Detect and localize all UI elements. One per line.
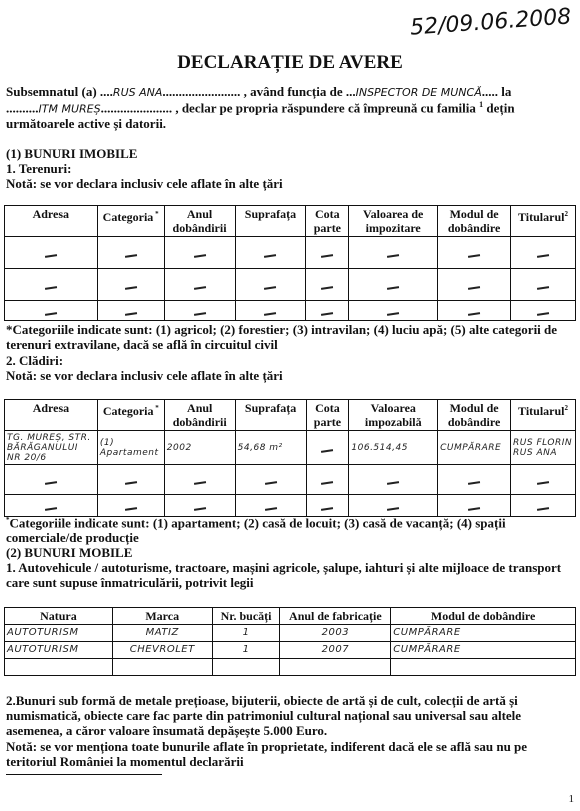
table-cell (280, 659, 391, 676)
label-subsemnatul: Subsemnatul (a) (6, 84, 97, 99)
intro-line-1: Subsemnatul (a) ....RUS ANA.............… (6, 84, 511, 100)
dash-mark (537, 286, 549, 289)
section1-heading: (1) BUNURI IMOBILE (6, 146, 137, 162)
dash-mark (265, 481, 277, 484)
dash-mark (387, 507, 399, 510)
table-row: AUTOTURISMMATIZ12003CUMPĂRARE (5, 625, 576, 642)
table-cell: CUMPĂRARE (391, 642, 576, 659)
footnote-separator (6, 774, 162, 775)
dash-mark (193, 312, 205, 315)
intro-line-3: următoarele active și datorii. (6, 116, 166, 132)
dash-mark (387, 481, 399, 484)
column-header: Anul dobândirii (164, 400, 235, 431)
column-header: Natura (5, 608, 113, 625)
table-cell (5, 269, 98, 301)
cladiri-table: AdresaCategoria *Anul dobândiriiSuprafaț… (4, 399, 576, 517)
dash-mark (264, 312, 276, 315)
dash-mark (265, 507, 277, 510)
table-cell (5, 301, 98, 321)
table-cell (97, 269, 164, 301)
table-cell (164, 269, 235, 301)
label-functia: , având funcția de (244, 84, 343, 99)
table-cell: TG. MUREȘ, STR. BĂRĂGANULUI NR 20/6 (5, 431, 98, 465)
dash-mark (537, 254, 549, 257)
table-cell: CUMPĂRARE (438, 431, 511, 465)
column-header: Suprafața (235, 400, 306, 431)
table-row: AUTOTURISMCHEVROLET12007CUMPĂRARE (5, 642, 576, 659)
table-row (5, 659, 576, 676)
table-cell (235, 301, 306, 321)
table-cell: 1 (212, 642, 280, 659)
table-cell (235, 269, 306, 301)
dash-mark (537, 481, 549, 484)
table-cell: 2007 (280, 642, 391, 659)
dash-mark (193, 254, 205, 257)
table-cell (97, 465, 164, 495)
column-header: Suprafața (235, 206, 306, 237)
document-title: DECLARAȚIE DE AVERE (0, 52, 580, 74)
dash-mark (45, 254, 57, 257)
dash-mark (45, 312, 57, 315)
dash-mark (387, 254, 399, 257)
table-cell: 2003 (280, 625, 391, 642)
registration-number-stamp: 52/09.06.2008 (409, 4, 572, 40)
table-cell (511, 465, 576, 495)
table-cell (112, 659, 212, 676)
column-header: Valoarea impozabilă (349, 400, 438, 431)
table-cell: (1) Apartament (97, 431, 164, 465)
table-cell (306, 431, 349, 465)
column-header: Valoarea de impozitare (349, 206, 438, 237)
dash-mark (468, 254, 480, 257)
dash-mark (321, 286, 333, 289)
table-row (5, 237, 576, 269)
dash-mark (45, 507, 57, 510)
dash-mark (321, 481, 333, 484)
terenuri-table: AdresaCategoria *Anul dobândiriiSuprafaț… (4, 205, 576, 321)
valuables-subheading: 2.Bunuri sub formă de metale prețioase, … (6, 693, 574, 738)
table-cell: 1 (212, 625, 280, 642)
column-header: Cota parte (306, 400, 349, 431)
dash-mark (193, 286, 205, 289)
table-cell (97, 301, 164, 321)
table-cell (5, 237, 98, 269)
table-cell: CUMPĂRARE (391, 625, 576, 642)
table-cell (349, 301, 438, 321)
column-header: Cota parte (306, 206, 349, 237)
table-cell (349, 269, 438, 301)
table-cell (306, 237, 349, 269)
table-cell: AUTOTURISM (5, 642, 113, 659)
table-cell (97, 237, 164, 269)
table-cell: CHEVROLET (112, 642, 212, 659)
intro-line-2: ..........ITM MUREȘ.....................… (6, 100, 515, 116)
column-header: Titularul2 (511, 400, 576, 431)
dash-mark (125, 286, 137, 289)
section2-heading: (2) BUNURI MOBILE (6, 545, 132, 561)
dash-mark (45, 286, 57, 289)
column-header: Adresa (5, 206, 98, 237)
dash-mark (321, 507, 333, 510)
categories-text: Categoriile indicate sunt: (1) apartamen… (6, 515, 506, 545)
dash-mark (537, 507, 549, 510)
table-cell (164, 465, 235, 495)
column-header: Anul de fabricație (280, 608, 391, 625)
field-institution: ITM MUREȘ (39, 102, 101, 115)
label-detin: dețin (486, 100, 514, 115)
column-header: Categoria * (97, 206, 164, 237)
dash-mark (468, 286, 480, 289)
table-cell: 2002 (164, 431, 235, 465)
dash-mark (264, 286, 276, 289)
terenuri-categories-note: *Categoriile indicate sunt: (1) agricol;… (6, 322, 574, 352)
dash-mark (387, 312, 399, 315)
table-cell (235, 465, 306, 495)
table-cell (438, 465, 511, 495)
table-cell: 54,68 m² (235, 431, 306, 465)
page-number: 1 (569, 793, 575, 805)
table-cell: 106.514,45 (349, 431, 438, 465)
table-cell (511, 237, 576, 269)
table-row (5, 301, 576, 321)
label-la: la (501, 84, 511, 99)
table-cell (5, 465, 98, 495)
table-cell: RUS FLORIN RUS ANA (511, 431, 576, 465)
table-cell (164, 301, 235, 321)
terenuri-subheading: 1. Terenuri: (6, 161, 72, 177)
vehicles-subheading: 1. Autovehicule / autoturisme, tractoare… (6, 560, 574, 590)
cladiri-categories-note: *Categoriile indicate sunt: (1) apartame… (6, 513, 574, 545)
table-row: TG. MUREȘ, STR. BĂRĂGANULUI NR 20/6(1) A… (5, 431, 576, 465)
dash-mark (125, 254, 137, 257)
table-cell (349, 237, 438, 269)
table-cell (212, 659, 280, 676)
valuables-note: Notă: se vor menționa toate bunurile afl… (6, 739, 574, 769)
table-cell (391, 659, 576, 676)
dash-mark (468, 507, 480, 510)
table-cell: AUTOTURISM (5, 625, 113, 642)
table-cell (5, 659, 113, 676)
column-header: Anul dobândirii (164, 206, 235, 237)
table-cell (349, 465, 438, 495)
footnote-ref: 1 (479, 100, 483, 109)
column-header: Marca (112, 608, 212, 625)
field-function: INSPECTOR DE MUNCĂ (356, 86, 482, 99)
column-header: Titularul2 (511, 206, 576, 237)
dash-mark (194, 507, 206, 510)
dash-mark (125, 507, 137, 510)
dash-mark (125, 481, 137, 484)
table-cell (438, 269, 511, 301)
label-declar: , declar pe propria răspundere că împreu… (175, 100, 476, 115)
table-cell (511, 301, 576, 321)
table-cell (164, 237, 235, 269)
dash-mark (125, 312, 137, 315)
dash-mark (321, 254, 333, 257)
dash-mark (45, 481, 57, 484)
table-cell (438, 301, 511, 321)
table-cell (438, 237, 511, 269)
table-cell (306, 301, 349, 321)
dash-mark (468, 481, 480, 484)
dash-mark (264, 254, 276, 257)
dash-mark (468, 312, 480, 315)
dash-mark (537, 312, 549, 315)
table-cell (511, 269, 576, 301)
table-cell (306, 465, 349, 495)
terenuri-note: Notă: se vor declara inclusiv cele aflat… (6, 176, 283, 192)
column-header: Nr. bucăți (212, 608, 280, 625)
cladiri-subheading: 2. Clădiri: (6, 353, 63, 369)
column-header: Adresa (5, 400, 98, 431)
table-row (5, 269, 576, 301)
table-cell (235, 237, 306, 269)
dash-mark (321, 449, 333, 452)
table-cell: MATIZ (112, 625, 212, 642)
table-cell (306, 269, 349, 301)
table-row (5, 465, 576, 495)
field-name: RUS ANA (113, 86, 162, 99)
cladiri-note: Notă: se vor declara inclusiv cele aflat… (6, 368, 283, 384)
dash-mark (321, 312, 333, 315)
column-header: Categoria * (97, 400, 164, 431)
column-header: Modul de dobândire (391, 608, 576, 625)
column-header: Modul de dobândire (438, 206, 511, 237)
dash-mark (387, 286, 399, 289)
dash-mark (194, 481, 206, 484)
vehicles-table: NaturaMarcaNr. bucățiAnul de fabricațieM… (4, 607, 576, 676)
column-header: Modul de dobândire (438, 400, 511, 431)
